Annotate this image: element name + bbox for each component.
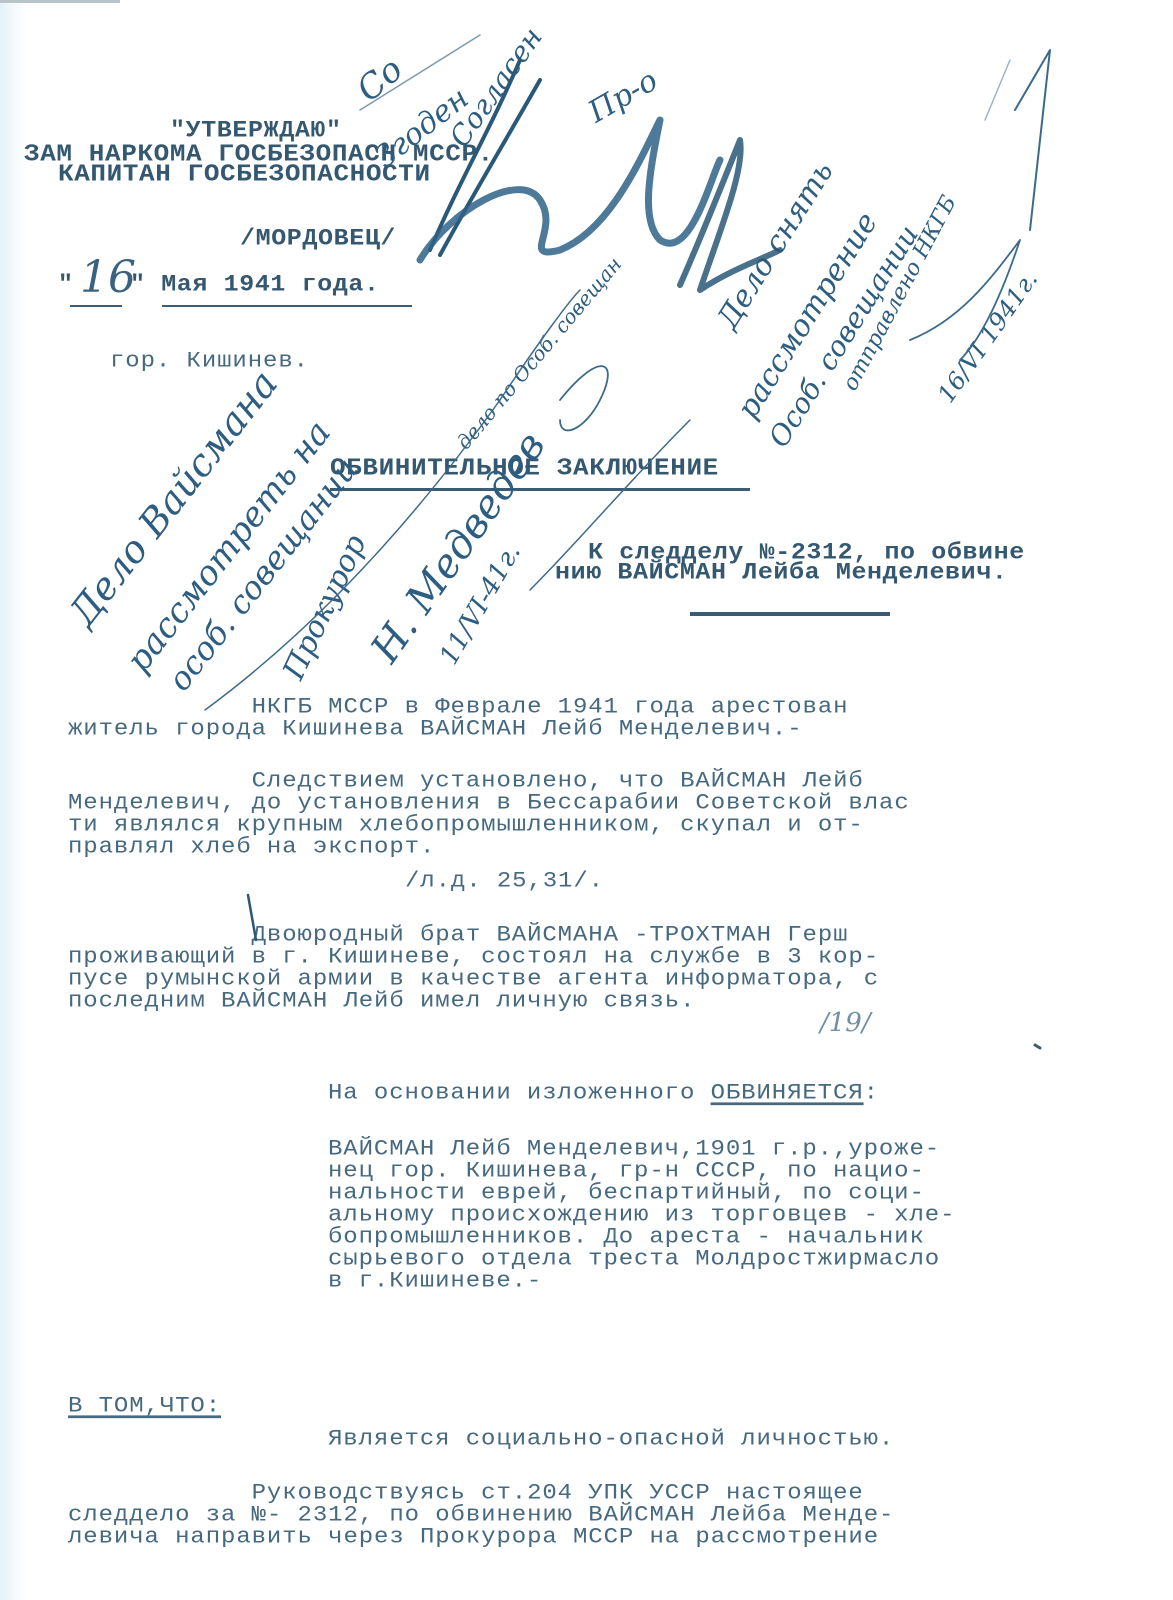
document-page: "УТВЕРЖДАЮ" ЗАМ НАРКОМА ГОСБЕЗОПАСН МССР… [0,0,1173,1600]
signature-strokes [0,0,1173,1600]
